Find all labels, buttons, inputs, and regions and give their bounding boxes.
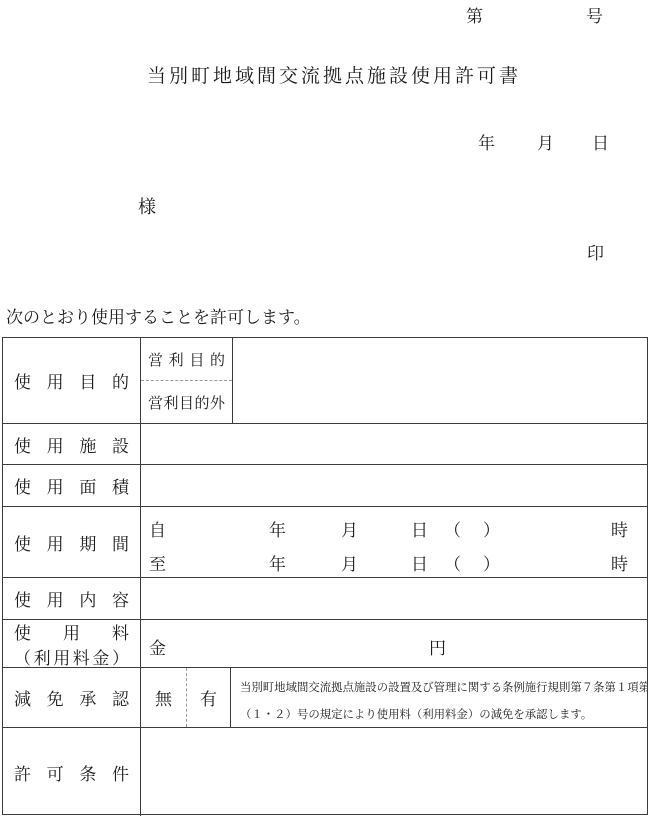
exemption-clause-line2: （１・２）号の規定により使用料（利用料金）の減免を承認します。 [240,702,641,727]
row-purpose: 使用目的 営利目的 営利目的外 [3,338,647,424]
area-label-cell: 使用面積 [3,465,141,506]
row-conditions: 許可条件 [3,728,647,816]
issue-date-month-label: 月 [537,133,554,155]
period-to-line: 至 年 月 日 （ ） 時 [141,550,647,572]
period-from-month-label: 月 [341,516,358,541]
row-facility: 使用施設 [3,424,647,465]
row-fee: 使用料 （利用料金） 金 円 [3,620,647,668]
facility-label-cell: 使用施設 [3,424,141,464]
period-fill-area: 自 年 月 日 （ ） 時 至 年 月 日 （ ） 時 [141,507,647,577]
purpose-fill-area [233,338,647,423]
period-to-paren-close: ） [483,550,500,575]
purpose-type-column: 営利目的 営利目的外 [141,338,233,423]
intro-sentence: 次のとおり使用することを許可します。 [6,307,311,329]
conditions-fill-area [141,728,647,816]
exemption-label: 減免承認 [14,685,129,710]
area-label: 使用面積 [14,473,129,498]
document-number-suffix: 号 [586,6,603,28]
fee-fill-area: 金 円 [141,620,647,667]
fee-label-line1: 使用料 [14,619,129,644]
conditions-label: 許可条件 [14,760,129,785]
row-exemption: 減免承認 無 有 当別町地域間交流拠点施設の設置及び管理に関する条例施行規則第７… [3,668,647,728]
period-to-prefix: 至 [149,550,166,575]
period-from-year-label: 年 [269,516,286,541]
period-to-day-label: 日 [411,550,428,575]
period-label: 使用期間 [14,530,129,555]
issue-date-day-label: 日 [592,133,609,155]
period-to-month-label: 月 [341,550,358,575]
content-fill-area [141,578,647,619]
period-from-day-label: 日 [411,516,428,541]
row-content: 使用内容 [3,578,647,620]
fee-amount-prefix: 金 [149,634,166,659]
exemption-yes-label: 有 [200,685,217,710]
exemption-clause-text: 当別町地域間交流拠点施設の設置及び管理に関する条例施行規則第７条第１項第 （１・… [231,668,647,727]
seal-placeholder: 印 [587,243,604,265]
document-number-prefix: 第 [466,6,483,28]
row-period: 使用期間 自 年 月 日 （ ） 時 至 年 月 日 （ [3,507,647,578]
purpose-label-cell: 使用目的 [3,338,141,423]
issue-date-year-label: 年 [478,133,495,155]
exemption-yes-cell: 有 [187,668,231,727]
permit-document: 第 号 当別町地域間交流拠点施設使用許可書 年 月 日 様 印 次のとおり使用す… [0,0,650,817]
period-label-cell: 使用期間 [3,507,141,577]
period-to-hour-label: 時 [611,550,628,575]
purpose-noncommercial-cell: 営利目的外 [141,381,232,423]
document-title: 当別町地域間交流拠点施設使用許可書 [0,61,650,88]
period-to-year-label: 年 [269,550,286,575]
period-from-prefix: 自 [149,516,166,541]
area-fill-area [141,465,647,506]
purpose-commercial-label: 営利目的 [148,349,225,370]
period-to-paren-open: （ [444,550,461,575]
purpose-noncommercial-label: 営利目的外 [148,392,225,413]
content-label-cell: 使用内容 [3,578,141,619]
facility-label: 使用施設 [14,432,129,457]
exemption-clause-line1: 当別町地域間交流拠点施設の設置及び管理に関する条例施行規則第７条第１項第 [240,675,641,702]
conditions-label-cell: 許可条件 [3,728,141,816]
permit-table: 使用目的 営利目的 営利目的外 使用施設 使用面積 [2,337,648,815]
period-from-paren-close: ） [483,516,500,541]
period-from-paren-open: （ [444,516,461,541]
purpose-label: 使用目的 [14,368,129,393]
facility-fill-area [141,424,647,464]
period-from-line: 自 年 月 日 （ ） 時 [141,516,647,538]
exemption-label-cell: 減免承認 [3,668,141,727]
fee-label-cell: 使用料 （利用料金） [3,620,141,667]
purpose-commercial-cell: 営利目的 [141,338,232,381]
fee-unit-label: 円 [429,634,446,659]
fee-label-line2: （利用料金） [14,644,129,669]
addressee-honorific: 様 [138,196,156,219]
exemption-no-label: 無 [155,685,172,710]
exemption-no-cell: 無 [141,668,187,727]
row-area: 使用面積 [3,465,647,507]
content-label: 使用内容 [14,586,129,611]
period-from-hour-label: 時 [611,516,628,541]
